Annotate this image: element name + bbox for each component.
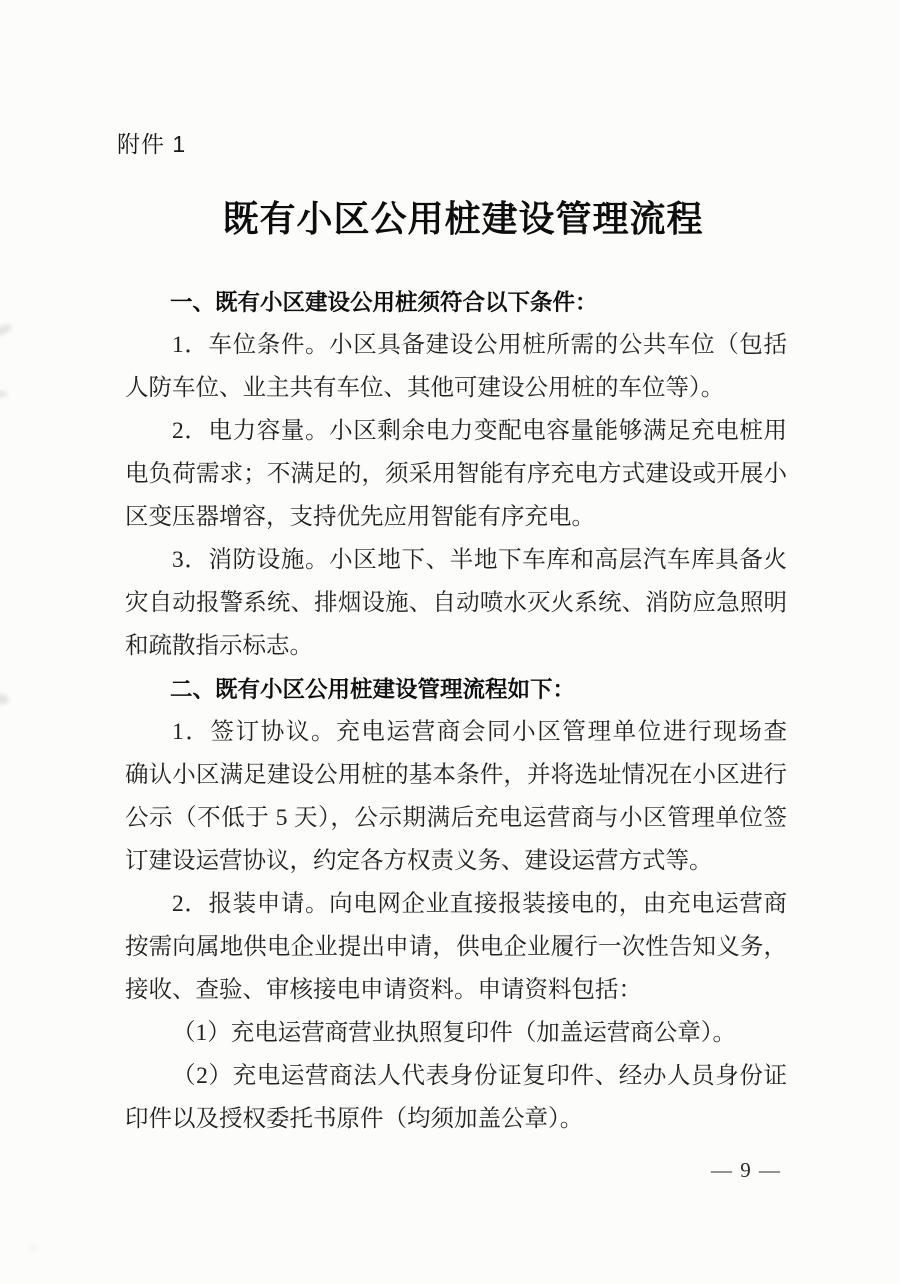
section-two-heading: 二、既有小区公用桩建设管理流程如下： — [125, 668, 787, 711]
body-line: 公示（不低于 5 天），公示期满后充电运营商与小区管理单位签 — [125, 797, 787, 840]
body-line: 按需向属地供电企业提出申请，供电企业履行一次性告知义务， — [125, 926, 787, 969]
section-one-heading: 一、既有小区建设公用桩须符合以下条件： — [125, 281, 787, 324]
body-line: 和疏散指示标志。 — [125, 625, 787, 668]
body-line: 电负荷需求；不满足的，须采用智能有序充电方式建设或开展小 — [125, 453, 787, 496]
scanned-document-page: 附件 1 既有小区公用桩建设管理流程 一、既有小区建设公用桩须符合以下条件： 1… — [0, 0, 900, 1284]
document-body: 一、既有小区建设公用桩须符合以下条件： 1．车位条件。小区具备建设公用桩所需的公… — [125, 281, 787, 1141]
body-line: （1）充电运营商营业执照复印件（加盖运营商公章）。 — [125, 1012, 787, 1055]
attachment-label: 附件 1 — [117, 131, 186, 158]
body-line: 人防车位、业主共有车位、其他可建设公用桩的车位等）。 — [125, 367, 787, 410]
body-line: （2）充电运营商法人代表身份证复印件、经办人员身份证复 — [125, 1055, 787, 1098]
body-line: 1．签订协议。充电运营商会同小区管理单位进行现场查勘， — [125, 711, 787, 754]
body-line: 2．电力容量。小区剩余电力变配电容量能够满足充电桩用 — [125, 410, 787, 453]
body-line: 印件以及授权委托书原件（均须加盖公章）。 — [125, 1098, 787, 1141]
body-line: 3．消防设施。小区地下、半地下车库和高层汽车库具备火 — [125, 539, 787, 582]
body-line: 1．车位条件。小区具备建设公用桩所需的公共车位（包括 — [125, 324, 787, 367]
scan-artifact — [0, 391, 7, 397]
document-title: 既有小区公用桩建设管理流程 — [13, 196, 900, 242]
scan-artifact — [0, 322, 13, 338]
body-line: 确认小区满足建设公用桩的基本条件，并将选址情况在小区进行 — [125, 754, 787, 797]
body-line: 订建设运营协议，约定各方权责义务、建设运营方式等。 — [125, 840, 787, 883]
body-line: 灾自动报警系统、排烟设施、自动喷水灭火系统、消防应急照明 — [125, 582, 787, 625]
body-line: 接收、查验、审核接电申请资料。申请资料包括： — [125, 969, 787, 1012]
body-line: 区变压器增容，支持优先应用智能有序充电。 — [125, 496, 787, 539]
body-line: 2．报装申请。向电网企业直接报装接电的，由充电运营商 — [125, 883, 787, 926]
scan-artifact — [0, 692, 10, 706]
page-number: — 9 — — [711, 1158, 782, 1183]
scan-artifact — [30, 1246, 36, 1250]
